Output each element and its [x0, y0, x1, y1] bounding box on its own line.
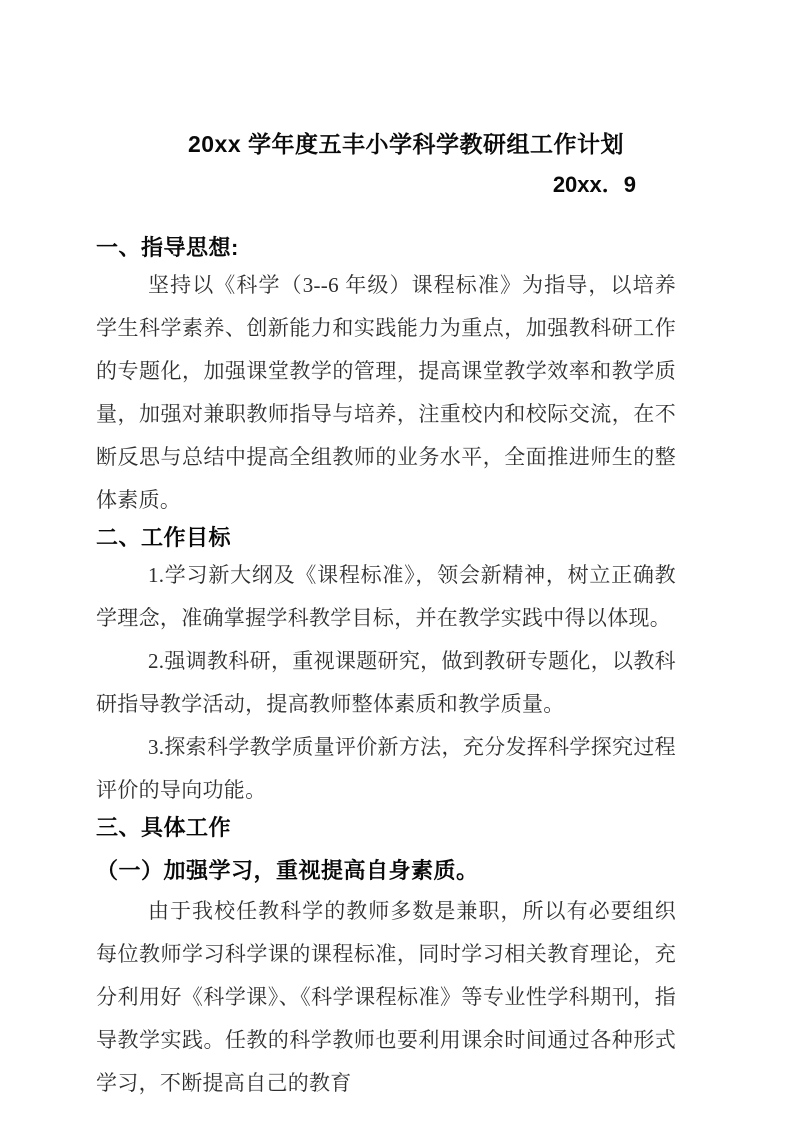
work-goal-item-3: 3.探索科学教学质量评价新方法，充分发挥科学探究过程评价的导向功能。 [96, 726, 676, 812]
document-page: 20xx 学年度五丰小学科学教研组工作计划 20xx．9 一、指导思想: 坚持以… [0, 0, 793, 1122]
subsection-heading-strengthen-learning: （一）加强学习，重视提高自身素质。 [96, 855, 676, 886]
document-date: 20xx．9 [96, 169, 676, 201]
paragraph-strengthen-learning: 由于我校任教科学的教师多数是兼职，所以有必要组织每位教师学习科学课的课程标准，同… [96, 890, 676, 1105]
section-heading-work-goals: 二、工作目标 [96, 522, 676, 553]
work-goal-item-1: 1.学习新大纲及《课程标准》，领会新精神，树立正确教学理念，准确掌握学科教学目标… [96, 554, 676, 640]
work-goal-item-2: 2.强调教科研，重视课题研究，做到教研专题化，以教科研指导教学活动，提高教师整体… [96, 640, 676, 726]
paragraph-guiding-ideology: 坚持以《科学（3--6 年级）课程标准》为指导，以培养学生科学素养、创新能力和实… [96, 264, 676, 522]
section-heading-guiding-ideology: 一、指导思想: [96, 232, 676, 263]
document-title: 20xx 学年度五丰小学科学教研组工作计划 [136, 127, 676, 161]
section-heading-specific-work: 三、具体工作 [96, 812, 676, 843]
